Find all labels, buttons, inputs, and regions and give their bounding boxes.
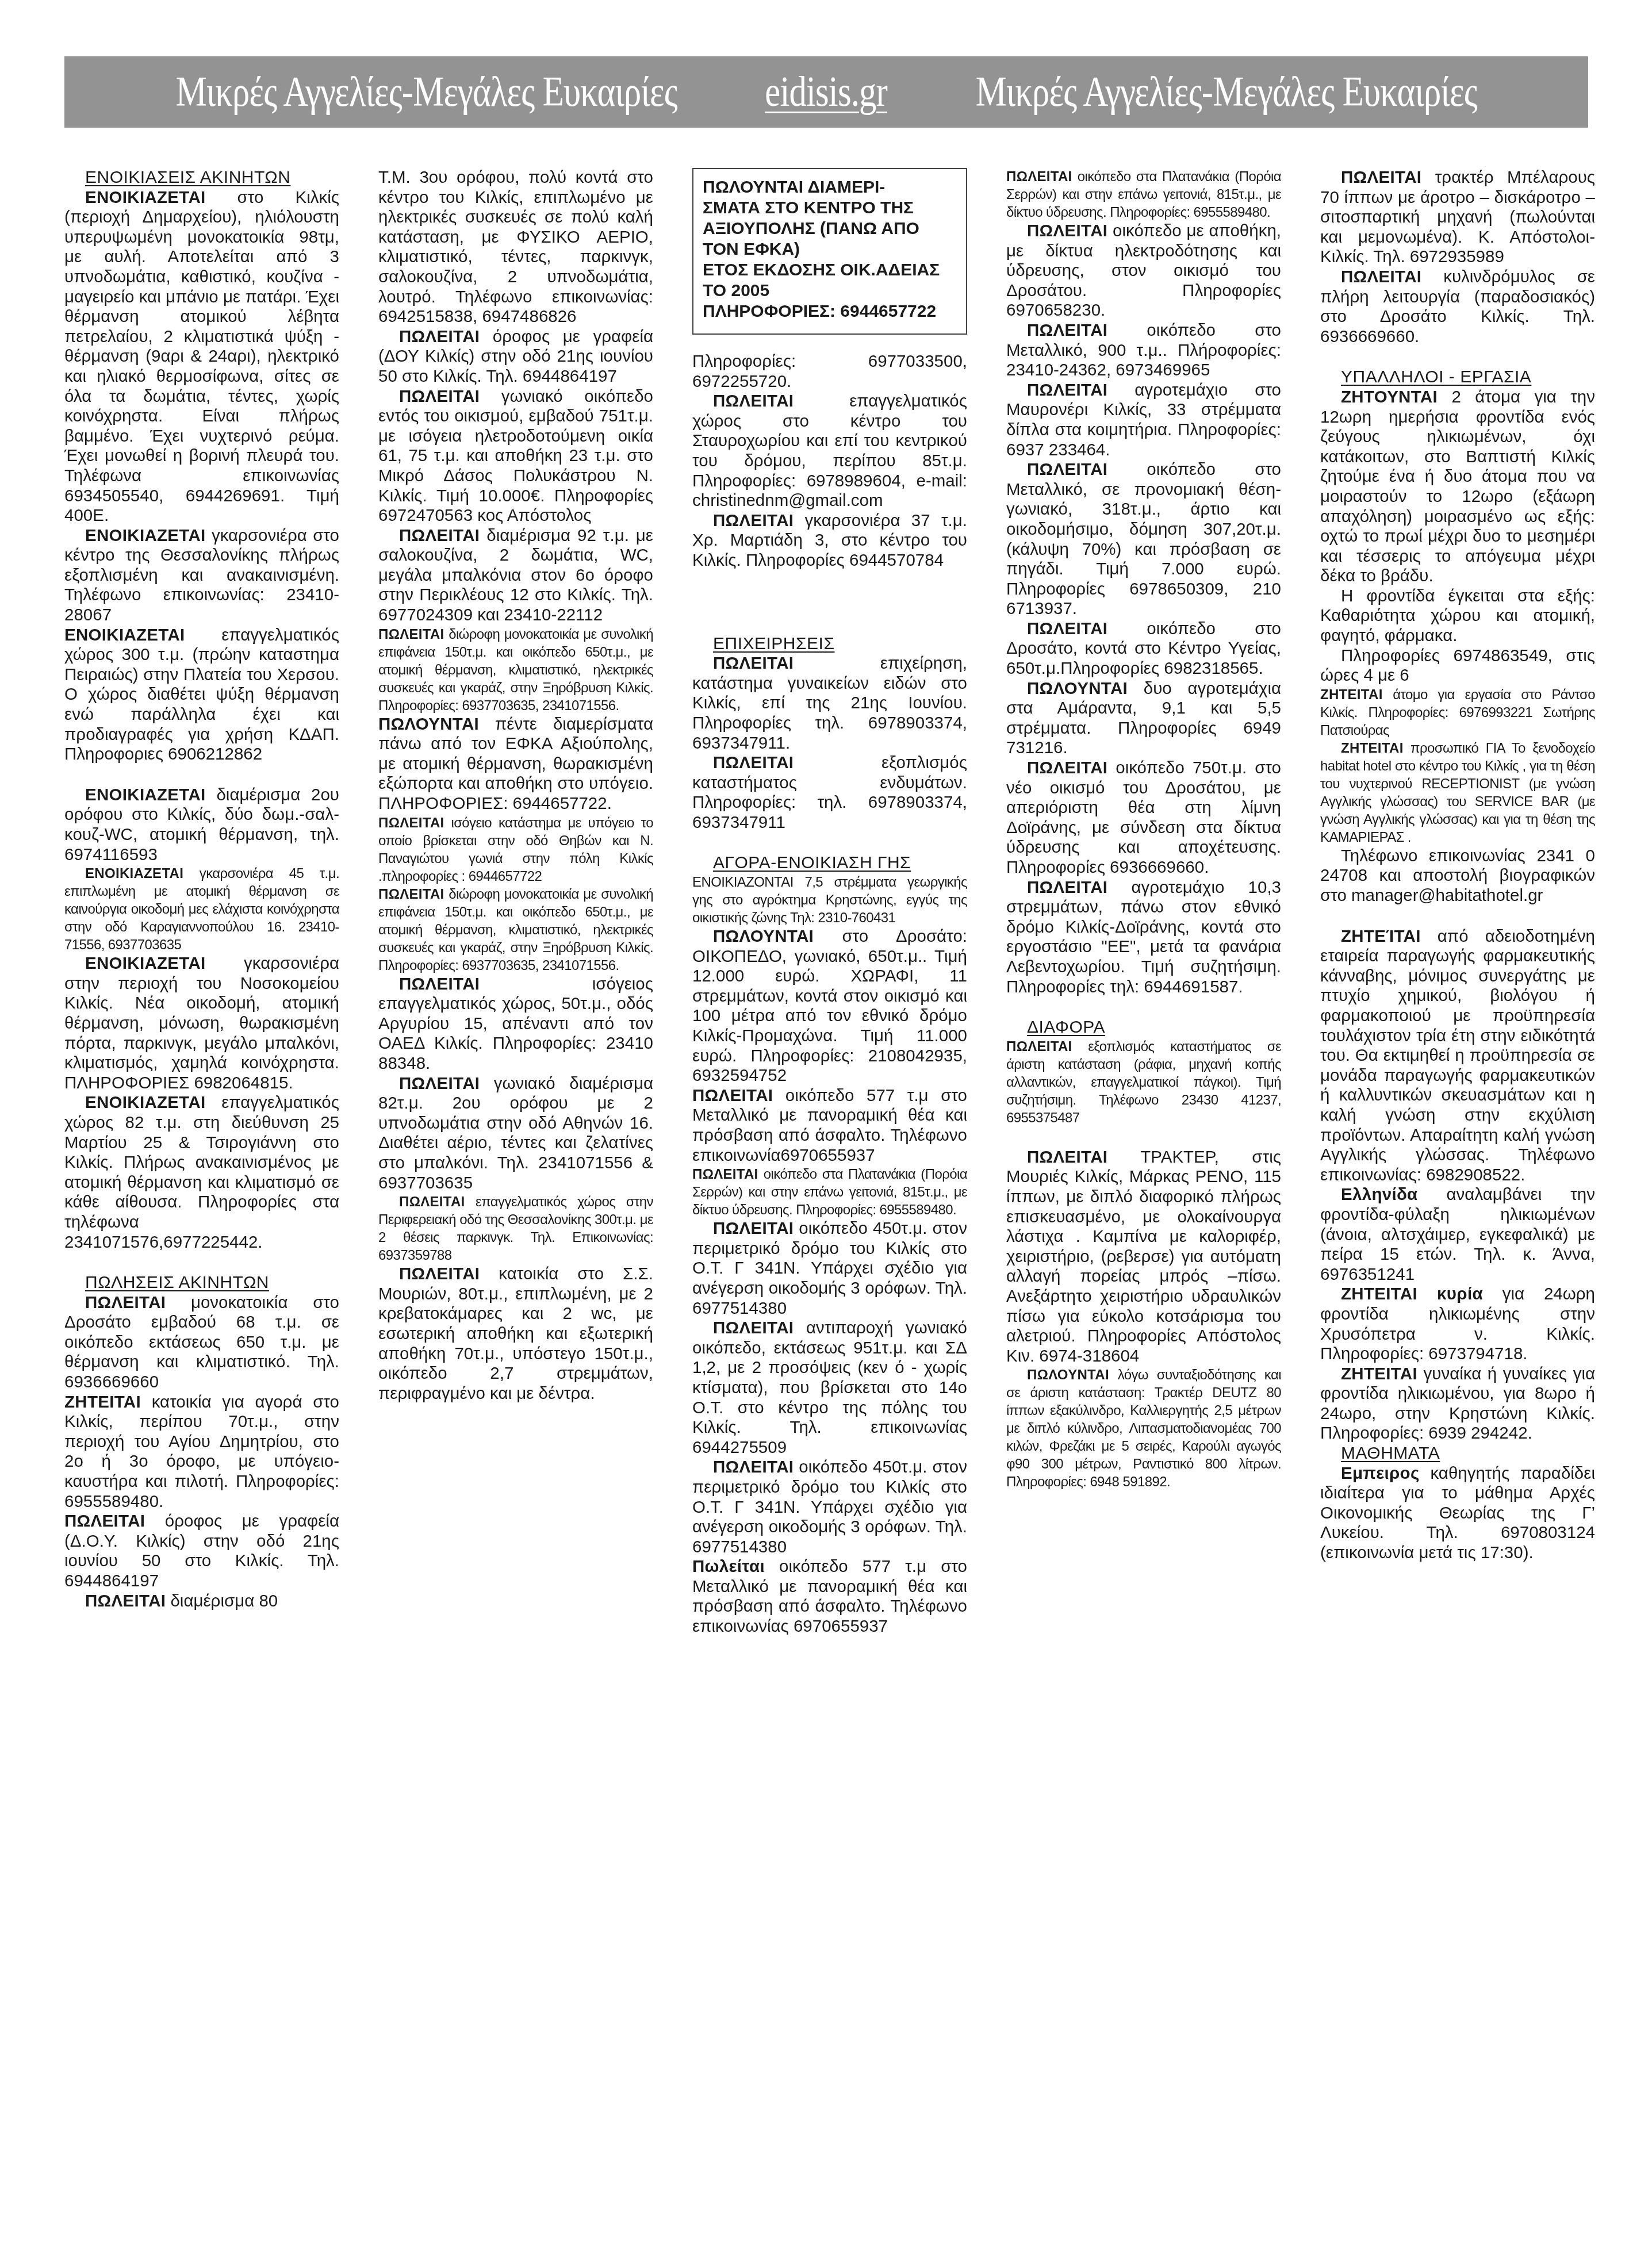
ad-keyword: ΠΩΛΕΙΤΑΙ xyxy=(399,1264,480,1283)
section-heading: ΔΙΑΦΟΡΑ xyxy=(1006,1018,1281,1038)
ad-keyword: ΕΝΟΙΚΙΑΖΕΤΑΙ xyxy=(64,626,185,645)
classified-ad: ΠΩΛΕΙΤΑΙ γωνιακό διαμέρισμα 82τ.μ. 2ου ο… xyxy=(378,1074,653,1194)
classified-ad: Πληροφορίες 6974863549, στις ώρες 4 με 6 xyxy=(1320,646,1595,686)
classified-ad: ΠΩΛΕΙΤΑΙ επιχείρηση, κατάστημα γυναικείω… xyxy=(692,654,967,753)
classified-ad: ΕΝΟΙΚΙΑΖΕΤΑΙ γκαρσονιέρα στο κέντρο της … xyxy=(64,526,339,626)
ad-keyword: ΠΩΛΕΙΤΑΙ xyxy=(1027,381,1107,400)
ad-keyword: ΕΝΟΙΚΙΑΖΕΤΑΙ xyxy=(85,866,183,881)
classified-ad: ΠΩΛΕΙΤΑΙ διαμέρισμα 80 xyxy=(64,1592,339,1612)
classified-ad: ΠΩΛΕΙΤΑΙ τρακτέρ Μπέλαρους 70 ίππων με ά… xyxy=(1320,168,1595,267)
site-link[interactable]: eidisis.gr xyxy=(765,68,888,117)
ad-keyword: ΠΩΛΕΙΤΑΙ xyxy=(399,1074,480,1093)
classified-ad: ΠΩΛΕΙΤΑΙ μονοκατοικία στο Δροσάτο εμβαδο… xyxy=(64,1293,339,1393)
ad-keyword: ΖΗΤΕΙΤΑΙ xyxy=(1341,741,1404,756)
classified-ad: ΠΩΛΕΙΤΑΙ όροφος με γραφεία (Δ.Ο.Υ. Κιλκί… xyxy=(64,1512,339,1591)
ad-keyword: ΖΗΤΟΥΝΤΑΙ xyxy=(1341,388,1438,407)
classified-ad: ΠΩΛΕΙΤΑΙ οικόπεδο 577 τ.μ στο Μεταλλικό … xyxy=(692,1086,967,1165)
ad-text: γωνιακό οικόπεδο εντός του οικισμού, εμβ… xyxy=(378,387,653,526)
ad-text: επαγγελματικός χώρος 300 τ.μ. (πρώην κατ… xyxy=(64,626,339,764)
ad-keyword: ΠΩΛΕΙΤΑΙ xyxy=(1341,267,1421,286)
classified-ad: ΠΩΛΕΙΤΑΙ διώροφη μονοκατοικία με συνολικ… xyxy=(378,885,653,975)
ad-text: Τ.Μ. 3ου ορόφου, πολύ κοντά στο κέντρο τ… xyxy=(378,168,653,326)
ad-keyword: ΠΩΛΕΙΤΑΙ xyxy=(1027,878,1107,897)
ad-keyword: ΠΩΛΕΙΤΑΙ xyxy=(378,815,444,831)
classified-ad: ΠΩΛΕΙΤΑΙ αντιπαροχή γωνιακό οικόπεδο, εκ… xyxy=(692,1318,967,1458)
ad-keyword: ΠΩΛΕΙΤΑΙ xyxy=(378,627,444,642)
classified-ad: Η φροντίδα έγκειται στα εξής: Καθαριότητ… xyxy=(1320,586,1595,646)
classified-ad: ΠΩΛΟΥΝΤΑΙ δυο αγροτεμάχια στα Αμάραντα, … xyxy=(1006,679,1281,758)
ad-keyword: ΕΝΟΙΚΙΑΖΕΤΑΙ xyxy=(85,954,206,973)
classified-ad: ΖΗΤΕΊΤΑΙ από αδειοδοτημένη εταιρεία παρα… xyxy=(1320,927,1595,1186)
ad-keyword: ΠΩΛΕΙΤΑΙ xyxy=(713,1318,794,1337)
column-3: ΠΩΛΟΥΝΤΑΙ ΔΙΑΜΕΡΙ- ΣΜΑΤΑ ΣΤΟ ΚΕΝΤΡΟ ΤΗΣ … xyxy=(692,168,967,1637)
ad-keyword: Ελληνίδα xyxy=(1341,1185,1418,1204)
ad-text: Τηλέφωνο επικοινωνίας 2341 0 24708 και α… xyxy=(1320,846,1595,905)
classified-ad: ΠΩΛΕΙΤΑΙ ΤΡΑΚΤΕΡ, στις Μουριές Κιλκίς, Μ… xyxy=(1006,1148,1281,1367)
ad-keyword: ΠΩΛΕΙΤΑΙ xyxy=(1006,169,1072,185)
classified-ad: ΠΩΛΕΙΤΑΙ κατοικία στο Σ.Σ. Μουριών, 80τ.… xyxy=(378,1264,653,1404)
ad-text: στο Κιλκίς (περιοχή Δημαρχείου), ηλιόλου… xyxy=(64,188,339,526)
ad-keyword: ΠΩΛΕΙΤΑΙ xyxy=(399,327,480,346)
section-heading: ΜΑΘΗΜΑΤΑ xyxy=(1320,1444,1595,1464)
classified-ad: ΠΩΛΕΙΤΑΙ αγροτεμάχιο 10,3 στρεμμάτων, πά… xyxy=(1006,878,1281,998)
classified-ad: ΠΩΛΕΙΤΑΙ οικόπεδο με αποθήκη, με δίκτυα … xyxy=(1006,221,1281,321)
ad-keyword: ΠΩΛΕΙΤΑΙ xyxy=(85,1293,166,1312)
ad-keyword: ΠΩΛΕΙΤΑΙ xyxy=(64,1512,145,1531)
ad-text: γκαρσονιέρα στην περιοχή του Νοσοκομείου… xyxy=(64,954,339,1092)
classified-ad: Πληροφορίες: 6977033500, 6972255720. xyxy=(692,352,967,392)
ad-keyword: ΕΝΟΙΚΙΑΖΕΤΑΙ xyxy=(85,1093,206,1112)
classified-ad: ΖΗΤΕΙΤΑΙ άτομο για εργασία στο Ράντσο Κι… xyxy=(1320,686,1595,739)
classified-ad: Εμπειρος καθηγητής παραδίδει ιδιαίτερα γ… xyxy=(1320,1464,1595,1563)
ad-keyword: ΖΗΤΕΙΤΑΙ xyxy=(1320,687,1383,703)
ad-keyword: ΠΩΛΕΙΤΑΙ xyxy=(1027,321,1107,340)
ad-keyword: ΠΩΛΕΙΤΑΙ xyxy=(1027,460,1107,479)
classified-ad: ΠΩΛΕΙΤΑΙ όροφος με γραφεία (ΔΟΥ Κιλκίς) … xyxy=(378,327,653,387)
classified-ad: ΕΝΟΙΚΙΑΖΕΤΑΙ γκαρσονιέρα 45 τ.μ. επιπλωμ… xyxy=(64,865,339,954)
ad-keyword: ΠΩΛΕΙΤΑΙ xyxy=(399,387,480,406)
classified-ad: ΠΩΛΕΙΤΑΙ επαγγελματικός χώρος στο κέντρο… xyxy=(692,392,967,511)
ad-text: ΤΡΑΚΤΕΡ, στις Μουριές Κιλκίς, Μάρκας ΡΕΝ… xyxy=(1006,1148,1281,1366)
ad-keyword: ΠΩΛΕΙΤΑΙ xyxy=(1027,221,1107,240)
banner-slogan-right: Μικρές Αγγελίες-Μεγάλες Ευκαιρίες xyxy=(975,68,1477,117)
ad-keyword: ΠΩΛΕΙΤΑΙ xyxy=(399,526,480,545)
classified-ad: ΕΝΟΙΚΙΑΖΕΤΑΙ επαγγελματικός χώρος 300 τ.… xyxy=(64,626,339,765)
ad-keyword: ΠΩΛΕΙΤΑΙ xyxy=(378,887,444,902)
ad-keyword: ΠΩΛΕΙΤΑΙ xyxy=(399,1194,465,1210)
classified-ad: ΠΩΛΕΙΤΑΙ οικόπεδο 750τ.μ. στο νέο οικισμ… xyxy=(1006,758,1281,878)
classified-ad: ΕΝΟΙΚΙΑΖΕΤΑΙ διαμέρισμα 2ου ορόφου στο Κ… xyxy=(64,785,339,865)
ad-keyword: ΠΩΛΕΙΤΑΙ xyxy=(85,1592,166,1611)
ad-keyword: ΖΗΤΕΙΤΑΙ xyxy=(64,1393,141,1412)
ad-keyword: ΠΩΛΕΙΤΑΙ xyxy=(713,511,794,530)
classified-ad: ΠΩΛΕΙΤΑΙ αγροτεμάχιο στο Μαυρονέρι Κιλκί… xyxy=(1006,381,1281,460)
ad-keyword: ΠΩΛΕΙΤΑΙ xyxy=(713,392,794,411)
classified-ad: ΠΩΛΕΙΤΑΙ οικόπεδο στο Μεταλλικό, 900 τ.μ… xyxy=(1006,321,1281,381)
classified-ad: ΠΩΛΕΙΤΑΙ οικόπεδο 450τ.μ. στον περιμετρι… xyxy=(692,1219,967,1318)
classified-ad: ΕΝΟΙΚΙΑΖΕΤΑΙ στο Κιλκίς (περιοχή Δημαρχε… xyxy=(64,188,339,526)
classified-ad: ΠΩΛΕΙΤΑΙ ισόγειος επαγγελματικός χώρος, … xyxy=(378,975,653,1074)
ad-text: αντιπαροχή γωνιακό οικόπεδο, εκτάσεως 95… xyxy=(692,1318,967,1457)
section-heading: ΕΝΟΙΚΙΑΣΕΙΣ ΑΚΙΝΗΤΩΝ xyxy=(64,168,339,188)
column-2: Τ.Μ. 3ου ορόφου, πολύ κοντά στο κέντρο τ… xyxy=(378,168,653,1404)
classified-ad: ΠΩΛΟΥΝΤΑΙ στο Δροσάτο: ΟΙΚΟΠΕΔΟ, γωνιακό… xyxy=(692,927,967,1086)
classified-ad: Ελληνίδα αναλαμβάνει την φροντίδα-φύλαξη… xyxy=(1320,1185,1595,1284)
classified-ad: ΠΩΛΕΙΤΑΙ οικόπεδο στα Πλατανάκια (Πορόια… xyxy=(1006,168,1281,221)
section-heading: ΑΓΟΡΑ-ΕΝΟΙΚΙΑΣΗ ΓΗΣ xyxy=(692,853,967,873)
classified-ad: ΠΩΛΕΙΤΑΙ διαμέρισμα 92 τ.μ. με σαλοκουζί… xyxy=(378,526,653,626)
ad-keyword: ΠΩΛΕΙΤΑΙ xyxy=(1341,168,1421,187)
classified-ad: ΕΝΟΙΚΙΑΖΕΤΑΙ επαγγελματικός χώρος 82 τ.μ… xyxy=(64,1093,339,1252)
ad-text: λόγω συνταξιοδότησης και σε άριστη κατάσ… xyxy=(1006,1367,1281,1490)
classified-ad: ΠΩΛΕΙΤΑΙ γωνιακό οικόπεδο εντός του οικι… xyxy=(378,387,653,526)
section-heading: ΥΠΑΛΛΗΛΟΙ - ΕΡΓΑΣΙΑ xyxy=(1320,367,1595,388)
ad-text: ΕΝΟΙΚΙΑΖΟΝΤΑΙ 7,5 στρέμματα γεωργικής γη… xyxy=(692,875,967,926)
ad-keyword: ΕΝΟΙΚΙΑΖΕΤΑΙ xyxy=(85,188,206,207)
ad-text: Πληροφορίες 6974863549, στις ώρες 4 με 6 xyxy=(1320,646,1595,685)
classified-ad: Τηλέφωνο επικοινωνίας 2341 0 24708 και α… xyxy=(1320,846,1595,906)
ad-keyword: ΖΗΤΕΊΤΑΙ xyxy=(1341,927,1421,946)
classified-ad: ΠΩΛΕΙΤΑΙ επαγγελματικός χώρος στην Περιφ… xyxy=(378,1193,653,1264)
classified-ad: ΠΩΛΕΙΤΑΙ οικόπεδο στα Πλατανάκια (Πορόια… xyxy=(692,1165,967,1219)
ad-keyword: ΠΩΛΕΙΤΑΙ xyxy=(1027,1148,1107,1167)
classified-ad: ΠΩΛΕΙΤΑΙ διώροφη μονοκατοικία με συνολικ… xyxy=(378,626,653,715)
section-heading: ΕΠΙΧΕΙΡΗΣΕΙΣ xyxy=(692,634,967,654)
ad-keyword: ΕΝΟΙΚΙΑΖΕΤΑΙ xyxy=(85,785,206,804)
ad-text: διαμέρισμα 80 xyxy=(166,1592,278,1611)
section-heading: ΠΩΛΗΣΕΙΣ ΑΚΙΝΗΤΩΝ xyxy=(64,1273,339,1293)
ad-keyword: ΠΩΛΕΙΤΑΙ xyxy=(713,654,794,673)
classified-ad: ΕΝΟΙΚΙΑΖΕΤΑΙ γκαρσονιέρα στην περιοχή το… xyxy=(64,954,339,1093)
ad-text: Πληροφορίες: 6977033500, 6972255720. xyxy=(692,352,967,391)
classified-ad: ΠΩΛΟΥΝΤΑΙ λόγω συνταξιοδότησης και σε άρ… xyxy=(1006,1366,1281,1491)
ad-keyword: ΠΩΛΕΙΤΑΙ xyxy=(713,753,794,772)
ad-text: από αδειοδοτημένη εταιρεία παραγωγής φαρ… xyxy=(1320,927,1595,1184)
classified-ad: Πωλείται οικόπεδο 577 τ.μ στο Μεταλλικό … xyxy=(692,1557,967,1636)
ad-keyword: ΕΝΟΙΚΙΑΖΕΤΑΙ xyxy=(85,526,206,545)
classified-ad: ΕΝΟΙΚΙΑΖΟΝΤΑΙ 7,5 στρέμματα γεωργικής γη… xyxy=(692,873,967,927)
ad-keyword: ΠΩΛΕΙΤΑΙ xyxy=(713,1219,794,1238)
ad-keyword: ΠΩΛΕΙΤΑΙ xyxy=(1006,1039,1072,1055)
ad-keyword: Πωλείται xyxy=(692,1557,765,1576)
header-banner: Μικρές Αγγελίες-Μεγάλες Ευκαιρίες eidisi… xyxy=(64,56,1588,128)
classified-ad: Τ.Μ. 3ου ορόφου, πολύ κοντά στο κέντρο τ… xyxy=(378,168,653,327)
classified-ad: ΠΩΛΕΙΤΑΙ ισόγειο κατάστημα με υπόγειο το… xyxy=(378,814,653,885)
ad-keyword: ΖΗΤΕΙΤΑΙ xyxy=(1341,1364,1417,1383)
ad-keyword: ΠΩΛΟΥΝΤΑΙ xyxy=(713,927,814,946)
ad-keyword: ΠΩΛΟΥΝΤΑΙ xyxy=(1027,1367,1109,1383)
column-4: ΠΩΛΕΙΤΑΙ οικόπεδο στα Πλατανάκια (Πορόια… xyxy=(1006,168,1281,1491)
classified-ad: ΠΩΛΟΥΝΤΑΙ πέντε διαμερίσματα πάνω από το… xyxy=(378,715,653,814)
boxed-ad: ΠΩΛΟΥΝΤΑΙ ΔΙΑΜΕΡΙ- ΣΜΑΤΑ ΣΤΟ ΚΕΝΤΡΟ ΤΗΣ … xyxy=(692,168,967,335)
ad-keyword: ΠΩΛΕΙΤΑΙ xyxy=(1027,758,1107,777)
ad-keyword: ΠΩΛΟΥΝΤΑΙ xyxy=(1027,679,1128,698)
ad-keyword: ΖΗΤΕΙΤΑΙ κυρία xyxy=(1341,1284,1483,1303)
classified-ad: ΖΗΤΕΙΤΑΙ προσωπικό ΓΙΑ Το ξενοδοχείο hab… xyxy=(1320,739,1595,846)
banner-slogan-left: Μικρές Αγγελίες-Μεγάλες Ευκαιρίες xyxy=(176,68,677,117)
ad-text: Η φροντίδα έγκειται στα εξής: Καθαριότητ… xyxy=(1320,586,1595,645)
classified-ad: ΠΩΛΕΙΤΑΙ κυλινδρόμυλος σε πλήρη λειτουργ… xyxy=(1320,267,1595,347)
ad-keyword: Εμπειρος xyxy=(1341,1464,1420,1483)
ad-keyword: ΠΩΛΟΥΝΤΑΙ xyxy=(378,715,479,734)
ad-text: επαγγελματικός χώρος 82 τ.μ. στη διεύθυν… xyxy=(64,1093,339,1251)
classified-ad: ΖΗΤΕΙΤΑΙ γυναίκα ή γυναίκες για φροντίδα… xyxy=(1320,1364,1595,1444)
classified-ad: ΠΩΛΕΙΤΑΙ οικόπεδο 450τ.μ. στον περιμετρι… xyxy=(692,1458,967,1557)
ad-keyword: ΠΩΛΕΙΤΑΙ xyxy=(692,1167,758,1182)
classified-ad: ΠΩΛΕΙΤΑΙ εξοπλισμός καταστήματος σε άρισ… xyxy=(1006,1038,1281,1127)
classified-ad: ΖΗΤΕΙΤΑΙ κυρία για 24ωρη φροντίδα ηλικιω… xyxy=(1320,1284,1595,1364)
column-5: ΠΩΛΕΙΤΑΙ τρακτέρ Μπέλαρους 70 ίππων με ά… xyxy=(1320,168,1595,1563)
classified-ad: ΖΗΤΟΥΝΤΑΙ 2 άτομα για την 12ωρη ημερήσια… xyxy=(1320,388,1595,586)
ad-keyword: ΠΩΛΕΙΤΑΙ xyxy=(713,1458,794,1477)
column-1: ΕΝΟΙΚΙΑΣΕΙΣ ΑΚΙΝΗΤΩΝΕΝΟΙΚΙΑΖΕΤΑΙ στο Κιλ… xyxy=(64,168,339,1611)
ad-keyword: ΠΩΛΕΙΤΑΙ xyxy=(692,1086,773,1105)
ad-text: 2 άτομα για την 12ωρη ημερήσια φροντίδα … xyxy=(1320,388,1595,585)
ad-text: προσωπικό ΓΙΑ Το ξενοδοχείο habitat hote… xyxy=(1320,741,1595,845)
ad-text: κατοικία στο Σ.Σ. Μουριών, 80τ.μ., επιπλ… xyxy=(378,1264,653,1403)
ad-text: στο Δροσάτο: ΟΙΚΟΠΕΔΟ, γωνιακό, 650τ.μ..… xyxy=(692,927,967,1085)
ad-keyword: ΠΩΛΕΙΤΑΙ xyxy=(399,975,480,994)
classified-ad: ΠΩΛΕΙΤΑΙ οικόπεδο στο Δροσάτο, κοντά στο… xyxy=(1006,619,1281,679)
classified-ad: ΠΩΛΕΙΤΑΙ εξοπλισμός καταστήματος ενδυμάτ… xyxy=(692,753,967,833)
classified-ad: ΠΩΛΕΙΤΑΙ γκαρσονιέρα 37 τ.μ. Χρ. Μαρτιάδ… xyxy=(692,511,967,571)
classified-ad: ΖΗΤΕΙΤΑΙ κατοικία για αγορά στο Κιλκίς, … xyxy=(64,1393,339,1512)
ad-keyword: ΠΩΛΕΙΤΑΙ xyxy=(1027,619,1107,638)
classified-ad: ΠΩΛΕΙΤΑΙ οικόπεδο στο Μεταλλικό, σε προν… xyxy=(1006,460,1281,619)
ad-text: οικόπεδο στο Μεταλλικό, σε προνομιακή θέ… xyxy=(1006,460,1281,618)
